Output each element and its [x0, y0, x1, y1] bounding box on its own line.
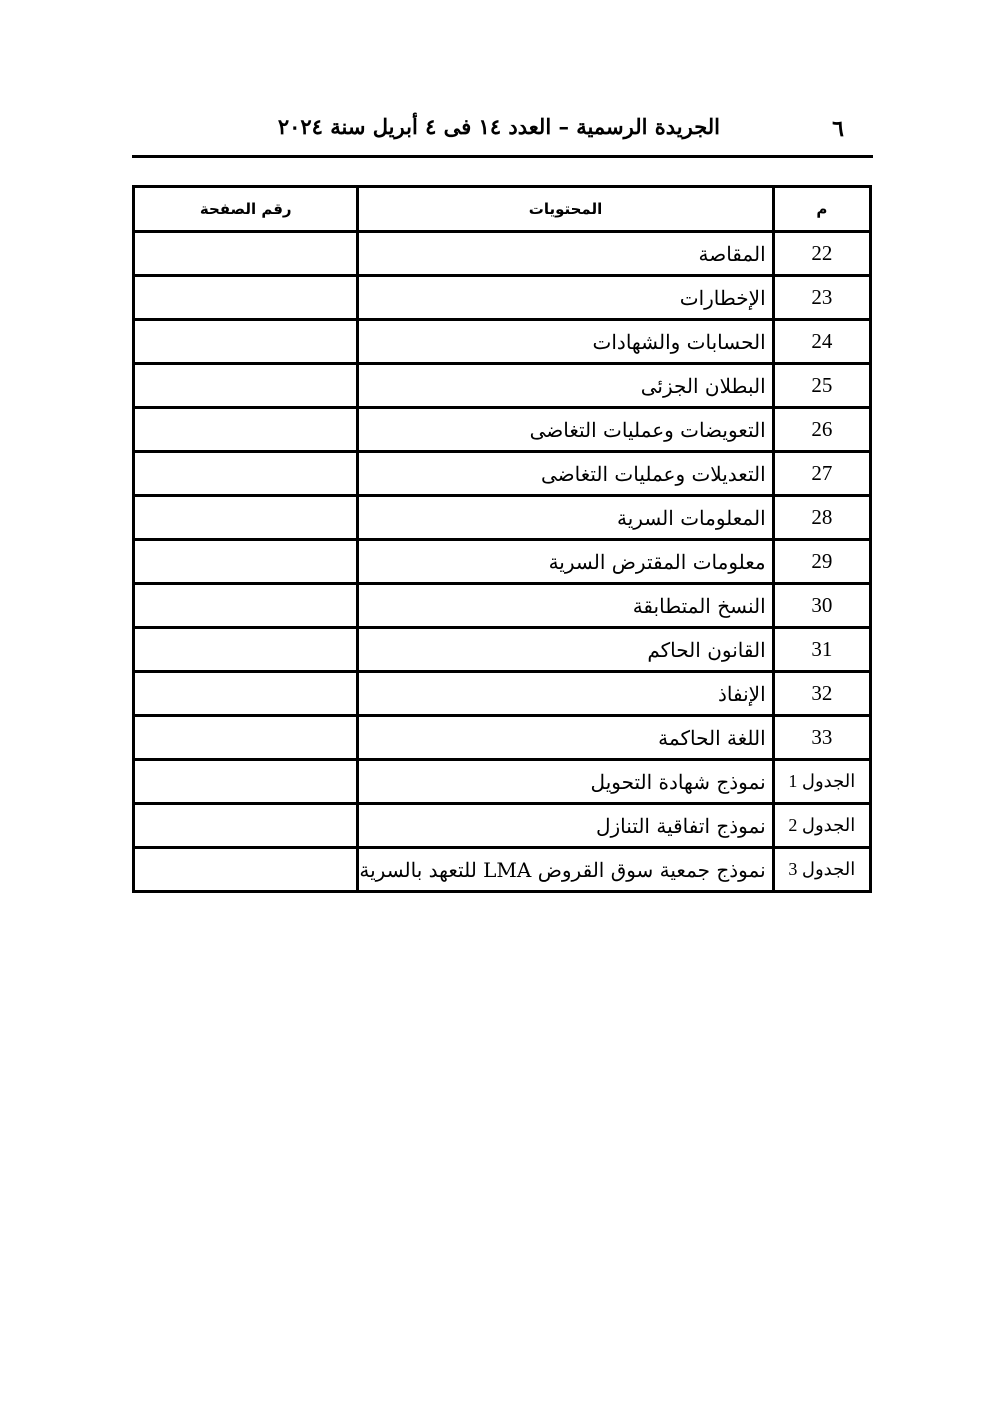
row-content: القانون الحاكم	[358, 628, 773, 672]
row-page	[134, 672, 358, 716]
row-number: 28	[773, 496, 870, 540]
row-page	[134, 628, 358, 672]
row-content: البطلان الجزئى	[358, 364, 773, 408]
row-page	[134, 364, 358, 408]
gazette-title: الجريدة الرسمية – العدد ١٤ فى ٤ أبريل سن…	[278, 114, 720, 139]
row-content: الإنفاذ	[358, 672, 773, 716]
row-number: 22	[773, 232, 870, 276]
row-page	[134, 716, 358, 760]
table-row: 26 التعويضات وعمليات التغاضى	[134, 408, 871, 452]
row-page	[134, 584, 358, 628]
table-header-row: م المحتويات رقم الصفحة	[134, 187, 871, 232]
row-content: التعويضات وعمليات التغاضى	[358, 408, 773, 452]
table-row: 28 المعلومات السرية	[134, 496, 871, 540]
table-row: 23 الإخطارات	[134, 276, 871, 320]
row-content: التعديلات وعمليات التغاضى	[358, 452, 773, 496]
row-page	[134, 320, 358, 364]
row-content: نموذج اتفاقية التنازل	[358, 804, 773, 848]
row-number: 25	[773, 364, 870, 408]
row-content: النسخ المتطابقة	[358, 584, 773, 628]
row-page	[134, 496, 358, 540]
row-number: 30	[773, 584, 870, 628]
table-row: 25 البطلان الجزئى	[134, 364, 871, 408]
column-header-page-number: رقم الصفحة	[134, 187, 358, 232]
row-number: 23	[773, 276, 870, 320]
row-page	[134, 452, 358, 496]
table-row: 29 معلومات المقترض السرية	[134, 540, 871, 584]
table-row: 24 الحسابات والشهادات	[134, 320, 871, 364]
table-row: الجدول 1 نموذج شهادة التحويل	[134, 760, 871, 804]
table-row: الجدول 3 نموذج جمعية سوق القروض LMA للتع…	[134, 848, 871, 892]
row-number: الجدول 1	[773, 760, 870, 804]
page-header: ٦ الجريدة الرسمية – العدد ١٤ فى ٤ أبريل …	[132, 112, 872, 148]
row-content: نموذج جمعية سوق القروض LMA للتعهد بالسري…	[358, 848, 773, 892]
row-content: الحسابات والشهادات	[358, 320, 773, 364]
column-header-number: م	[773, 187, 870, 232]
table-row: 30 النسخ المتطابقة	[134, 584, 871, 628]
row-content: الإخطارات	[358, 276, 773, 320]
row-number: الجدول 2	[773, 804, 870, 848]
row-content: اللغة الحاكمة	[358, 716, 773, 760]
contents-table: م المحتويات رقم الصفحة 22 المقاصة 23 الإ…	[132, 185, 872, 893]
row-page	[134, 232, 358, 276]
column-header-contents: المحتويات	[358, 187, 773, 232]
row-content: معلومات المقترض السرية	[358, 540, 773, 584]
row-page	[134, 276, 358, 320]
row-number: 24	[773, 320, 870, 364]
row-number: 33	[773, 716, 870, 760]
row-number: 29	[773, 540, 870, 584]
table-row: 31 القانون الحاكم	[134, 628, 871, 672]
row-number: الجدول 3	[773, 848, 870, 892]
row-number: 26	[773, 408, 870, 452]
table-row: 33 اللغة الحاكمة	[134, 716, 871, 760]
row-page	[134, 408, 358, 452]
row-page	[134, 848, 358, 892]
table-row: 32 الإنفاذ	[134, 672, 871, 716]
row-page	[134, 804, 358, 848]
row-number: 32	[773, 672, 870, 716]
page-number: ٦	[832, 116, 844, 142]
header-divider	[132, 155, 873, 158]
row-page	[134, 760, 358, 804]
row-number: 27	[773, 452, 870, 496]
table-row: الجدول 2 نموذج اتفاقية التنازل	[134, 804, 871, 848]
row-content: نموذج شهادة التحويل	[358, 760, 773, 804]
row-page	[134, 540, 358, 584]
table-row: 22 المقاصة	[134, 232, 871, 276]
row-content: المقاصة	[358, 232, 773, 276]
row-content: المعلومات السرية	[358, 496, 773, 540]
table-row: 27 التعديلات وعمليات التغاضى	[134, 452, 871, 496]
row-number: 31	[773, 628, 870, 672]
